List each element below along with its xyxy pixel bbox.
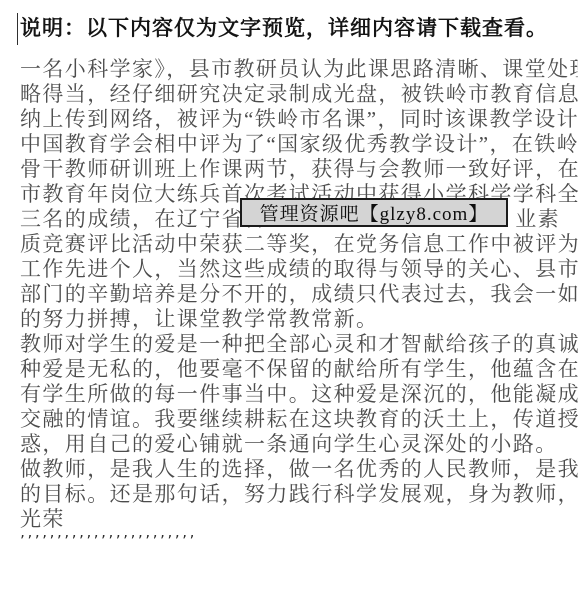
- text-line: 的目标。还是那句话，努力践行科学发展观，身为教师，无尚: [20, 482, 560, 507]
- text-line: 纳上传到网络，被评为“铁岭市名课”，同时该课教学设计被: [20, 107, 560, 132]
- text-fragment: 业素: [515, 207, 560, 232]
- watermark-box[interactable]: 管理资源吧【glzy8.com】: [240, 198, 508, 227]
- text-line: 做教师，是我人生的选择，做一名优秀的人民教师，是我人生: [20, 457, 560, 482]
- ellipsis-row: ’’’’’’’’’’’’’’’’’’’’’’’’: [20, 532, 560, 557]
- text-line: 质竞赛评比活动中荣获二等奖，在党务信息工作中被评为信息: [20, 232, 560, 257]
- text-line: 的努力拼搏，让课堂教学常教常新。: [20, 307, 560, 332]
- text-line: 骨干教师研训班上作课两节，获得与会教师一致好评，在铁岭: [20, 157, 560, 182]
- text-line: 光荣: [20, 507, 560, 532]
- text-line: 中国教育学会相中评为了“国家级优秀教学设计”，在铁岭市: [20, 132, 560, 157]
- text-line: 略得当，经仔细研究决定录制成光盘，被铁岭市教育信息网采: [20, 82, 560, 107]
- preview-notice: 说明：以下内容仅为文字预览，详细内容请下载查看。: [20, 14, 565, 42]
- text-line: 惑，用自己的爱心铺就一条通向学生心灵深处的小路。: [20, 432, 560, 457]
- text-line: 教师对学生的爱是一种把全部心灵和才智献给孩子的真诚，这: [20, 332, 560, 357]
- text-line: 有学生所做的每一件事当中。这种爱是深沉的，他能凝成水润: [20, 382, 560, 407]
- text-line: 部门的辛勤培养是分不开的，成绩只代表过去，我会一如既往: [20, 282, 560, 307]
- text-line: 一名小科学家》，县市教研员认为此课思路清晰、课堂处理详: [20, 57, 560, 82]
- document-body: 一名小科学家》，县市教研员认为此课思路清晰、课堂处理详略得当，经仔细研究决定录制…: [20, 57, 560, 557]
- text-line: 种爱是无私的，他要毫不保留的献给所有学生，他蕴含在为所: [20, 357, 560, 382]
- watermark-label: 管理资源吧【glzy8.com】: [260, 199, 489, 226]
- text-caret: [17, 13, 18, 45]
- text-fragment: 三名的成绩，在辽宁省首: [20, 207, 266, 232]
- text-line: 交融的情谊。我要继续耕耘在这块教育的沃土上，传道授业解: [20, 407, 560, 432]
- text-line: 工作先进个人，当然这些成绩的取得与领导的关心、县市教研: [20, 257, 560, 282]
- document-preview-page: 说明：以下内容仅为文字预览，详细内容请下载查看。 一名小科学家》，县市教研员认为…: [0, 0, 578, 600]
